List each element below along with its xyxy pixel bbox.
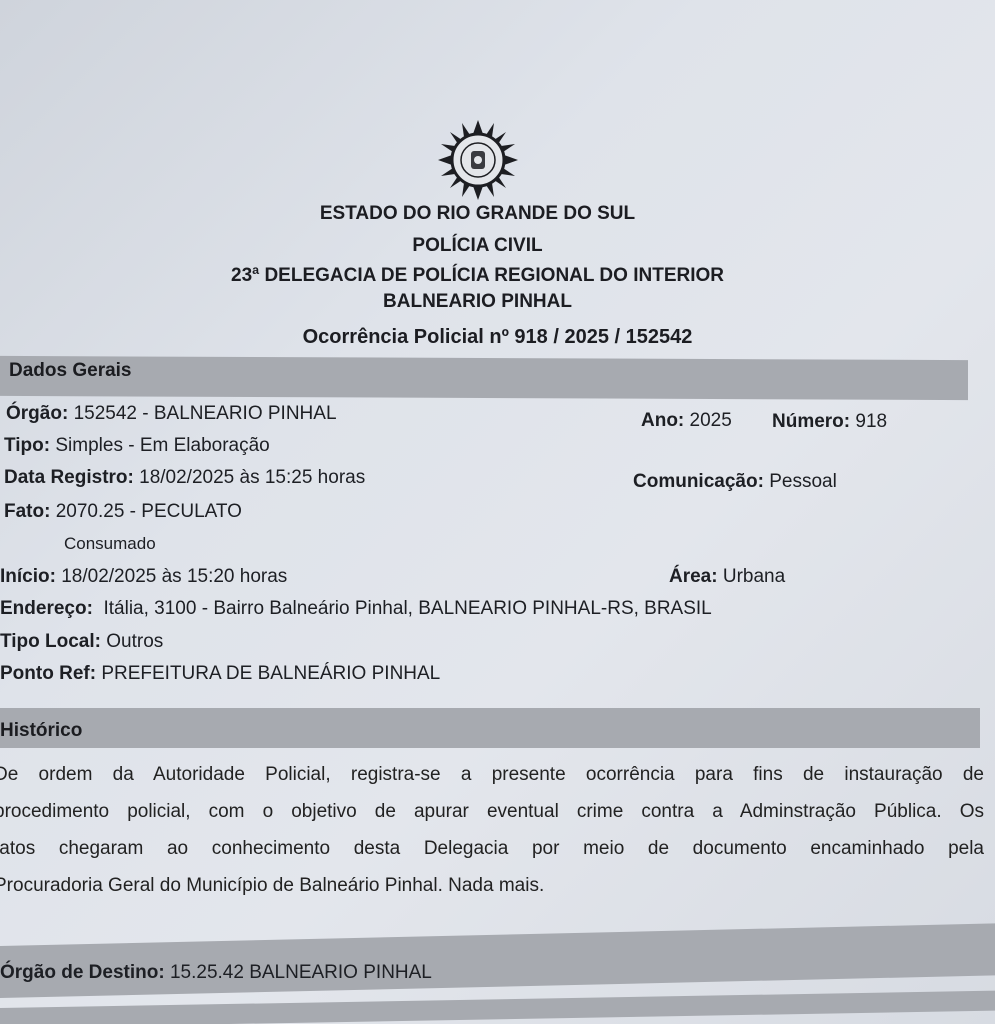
field-tipo-local: Tipo Local: Outros [0, 631, 163, 653]
field-endereco: Endereço: Itália, 3100 - Bairro Balneári… [0, 598, 712, 620]
field-ponto-ref: Ponto Ref: PREFEITURA DE BALNEÁRIO PINHA… [0, 663, 440, 685]
label-comunicacao: Comunicação: [633, 471, 764, 492]
value-numero: 918 [855, 411, 887, 432]
state-seal-icon [438, 120, 518, 200]
field-comunicacao: Comunicação: Pessoal [633, 471, 837, 493]
field-orgao: Órgão: 152542 - BALNEARIO PINHAL [6, 403, 337, 425]
fato-status: Consumado [64, 534, 156, 554]
field-inicio: Início: 18/02/2025 às 15:20 horas [0, 566, 287, 588]
section-band-destino [0, 923, 995, 998]
section-band-dados-gerais [0, 356, 968, 400]
section-band-historico [0, 708, 980, 748]
field-numero: Número: 918 [772, 411, 887, 433]
field-tipo: Tipo: Simples - Em Elaboração [4, 435, 270, 457]
label-orgao-destino: Órgão de Destino: [0, 962, 165, 983]
value-area: Urbana [723, 566, 785, 587]
field-area: Área: Urbana [669, 566, 785, 588]
header-city: BALNEARIO PINHAL [0, 291, 955, 313]
section-band-footer [0, 991, 995, 1024]
historico-line: fatos chegaram ao conhecimento desta Del… [0, 830, 984, 867]
field-fato: Fato: 2070.25 - PECULATO [4, 501, 242, 523]
historico-line: De ordem da Autoridade Policial, registr… [0, 756, 984, 793]
value-endereco: Itália, 3100 - Bairro Balneário Pinhal, … [103, 598, 711, 619]
label-ano: Ano: [641, 410, 684, 431]
header-police: POLÍCIA CIVIL [0, 235, 955, 257]
value-tipo: Simples - Em Elaboração [55, 435, 269, 456]
label-fato: Fato: [4, 501, 50, 522]
value-ponto-ref: PREFEITURA DE BALNEÁRIO PINHAL [101, 663, 440, 684]
header-state: ESTADO DO RIO GRANDE DO SUL [0, 203, 955, 225]
label-ponto-ref: Ponto Ref: [0, 663, 96, 684]
value-comunicacao: Pessoal [769, 471, 837, 492]
value-ano: 2025 [690, 410, 732, 431]
label-area: Área: [669, 566, 718, 587]
field-ano: Ano: 2025 [641, 410, 732, 432]
value-orgao-destino: 15.25.42 BALNEARIO PINHAL [170, 962, 432, 983]
value-data-registro: 18/02/2025 às 15:25 horas [139, 467, 365, 488]
section-title-dados-gerais: Dados Gerais [9, 360, 132, 382]
label-tipo: Tipo: [4, 435, 50, 456]
historico-line: Procuradoria Geral do Município de Balne… [0, 867, 984, 904]
label-endereco: Endereço: [0, 598, 93, 619]
value-fato: 2070.25 - PECULATO [56, 501, 242, 522]
header-delegacia: 23ª DELEGACIA DE POLÍCIA REGIONAL DO INT… [0, 265, 955, 287]
label-data-registro: Data Registro: [4, 467, 134, 488]
label-inicio: Início: [0, 566, 56, 587]
section-title-historico: Histórico [0, 720, 82, 742]
label-numero: Número: [772, 411, 850, 432]
field-data-registro: Data Registro: 18/02/2025 às 15:25 horas [4, 467, 365, 489]
label-tipo-local: Tipo Local: [0, 631, 101, 652]
historico-text: De ordem da Autoridade Policial, registr… [0, 756, 984, 904]
value-orgao: 152542 - BALNEARIO PINHAL [74, 403, 337, 424]
value-tipo-local: Outros [106, 631, 163, 652]
occurrence-title: Ocorrência Policial nº 918 / 2025 / 1525… [0, 326, 995, 349]
label-orgao: Órgão: [6, 403, 68, 424]
value-inicio: 18/02/2025 às 15:20 horas [61, 566, 287, 587]
field-orgao-destino: Órgão de Destino: 15.25.42 BALNEARIO PIN… [0, 962, 432, 984]
police-report-page: ESTADO DO RIO GRANDE DO SUL POLÍCIA CIVI… [0, 0, 995, 1024]
historico-line: procedimento policial, com o objetivo de… [0, 793, 984, 830]
